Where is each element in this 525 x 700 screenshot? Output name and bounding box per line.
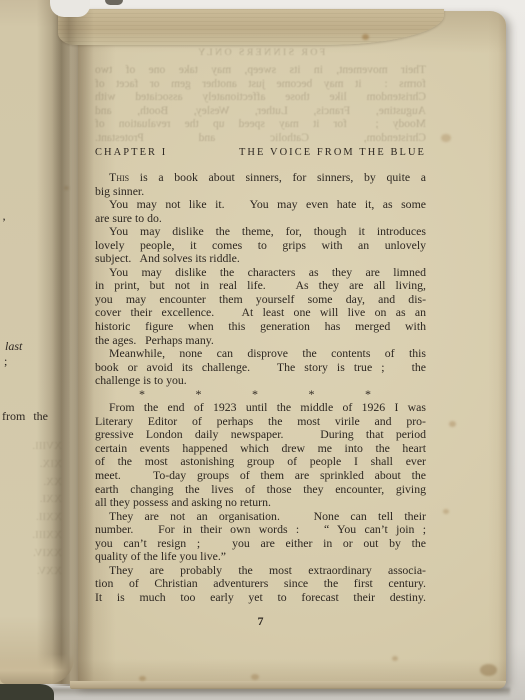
showthrough-running-head: FOR SINNERS ONLY [95, 47, 426, 59]
foxing-spot [251, 674, 259, 680]
page-body: This is a book about sinners, for sinner… [95, 171, 426, 605]
book-photo: XVIII.XIX.XX.XXI.XXII.XXIII.XXIV.XXV. ’ … [0, 0, 525, 700]
text-line: meet. To-day groups of them are sprinkle… [95, 469, 426, 483]
asterisk: * [252, 388, 258, 402]
text-line: the ages. Perhaps many. [95, 334, 426, 348]
showthrough-line: Christendom, Catholic and Protestant. [95, 132, 426, 146]
gutter-background-gap [50, 0, 90, 17]
foxing-spot [480, 664, 497, 676]
chapter-label: CHAPTER I [95, 147, 167, 159]
chapter-title: THE VOICE FROM THE BLUE [239, 147, 426, 159]
text-line: From the end of 1923 until the middle of… [95, 401, 426, 415]
asterisk: * [196, 388, 202, 402]
text-line: It is much too early yet to forecast the… [95, 591, 426, 605]
text-line: you can’t resign ; you are either in or … [95, 537, 426, 551]
foxing-spot [362, 34, 369, 40]
asterisk: * [139, 388, 145, 402]
text-line: lovely people, it comes to grips with an… [95, 239, 426, 253]
left-page-fragment: ’ [2, 216, 6, 229]
text-line: This is a book about sinners, for sinner… [95, 171, 426, 185]
text-line: in print, but not in real life. As they … [95, 279, 426, 293]
foxing-spot [449, 421, 456, 427]
text-line: They are probably the most extraordinary… [95, 564, 426, 578]
page-stack-bottom-edge [70, 681, 506, 689]
text-line: gressive London daily newspaper. During … [95, 428, 426, 442]
text-line: subject. And solves its riddle. [95, 252, 426, 266]
text-line: you may encounter them yourself some day… [95, 293, 426, 307]
cover-corner [0, 684, 54, 700]
text-line: big sinner. [95, 185, 426, 199]
showthrough-text: FOR SINNERS ONLY Their movement, in its … [95, 47, 426, 145]
showthrough-line: Christendom like those affectionately as… [95, 91, 426, 105]
text-line: Literary Editor of perhaps the most viri… [95, 415, 426, 429]
text-line: quality of the life you live.” [95, 550, 426, 564]
running-head: CHAPTER I THE VOICE FROM THE BLUE [95, 147, 426, 159]
text-line: are sure to do. [95, 212, 426, 226]
page-content: CHAPTER I THE VOICE FROM THE BLUE This i… [95, 147, 426, 629]
text-line: certain events happened which drew me in… [95, 442, 426, 456]
page-number: 7 [95, 614, 426, 629]
text-line: You may not like it. You may even hate i… [95, 198, 426, 212]
text-line: You may dislike the characters as they a… [95, 266, 426, 280]
left-page-fragment: ; [4, 355, 7, 368]
section-separator: ***** [139, 388, 371, 402]
book-page: FOR SINNERS ONLY Their movement, in its … [78, 11, 506, 687]
left-page-fragment: from the [2, 410, 48, 423]
showthrough-line: forms : it may become just another gem o… [95, 78, 426, 92]
foxing-spot [443, 509, 449, 514]
showthrough-line: Moody ; for it may speed up the revaluat… [95, 118, 426, 132]
page-stack-top-edge [58, 9, 444, 45]
showthrough-line: Augustine, Francis, Luther, Wesley, Boot… [95, 105, 426, 119]
text-line: They are not an organisation. None can t… [95, 510, 426, 524]
text-line: number. For in their own words : “ You c… [95, 523, 426, 537]
text-line: of the most astonishing group of people … [95, 455, 426, 469]
small-caps-lead: This [109, 170, 129, 184]
asterisk: * [309, 388, 315, 402]
left-page-fragment: last [5, 340, 22, 353]
book-cast-shadow [50, 688, 510, 697]
spine-notch [105, 0, 123, 5]
text-line: challenge is to you. [95, 374, 426, 388]
foxing-spot [64, 186, 69, 190]
text-line: book or avoid its challenge. The story i… [95, 361, 426, 375]
gutter-shadow [52, 10, 94, 686]
text-line: all they possess and asking no return. [95, 496, 426, 510]
showthrough-lines: Their movement, in its sweep, may take o… [95, 64, 426, 145]
text-line: You may dislike the theme, for, though i… [95, 225, 426, 239]
text-line: earth changing the lives of those they e… [95, 483, 426, 497]
foxing-spot [441, 134, 451, 142]
foxing-spot [139, 676, 146, 681]
foxing-spot [392, 656, 398, 661]
text-line: Meanwhile, none can disprove the content… [95, 347, 426, 361]
text-line: historic figure when this generation has… [95, 320, 426, 334]
asterisk: * [365, 388, 371, 402]
showthrough-line: Their movement, in its sweep, may take o… [95, 64, 426, 78]
text-line: tion of Christian adventurers since the … [95, 577, 426, 591]
text-line: cover their excellence. At least one wil… [95, 306, 426, 320]
